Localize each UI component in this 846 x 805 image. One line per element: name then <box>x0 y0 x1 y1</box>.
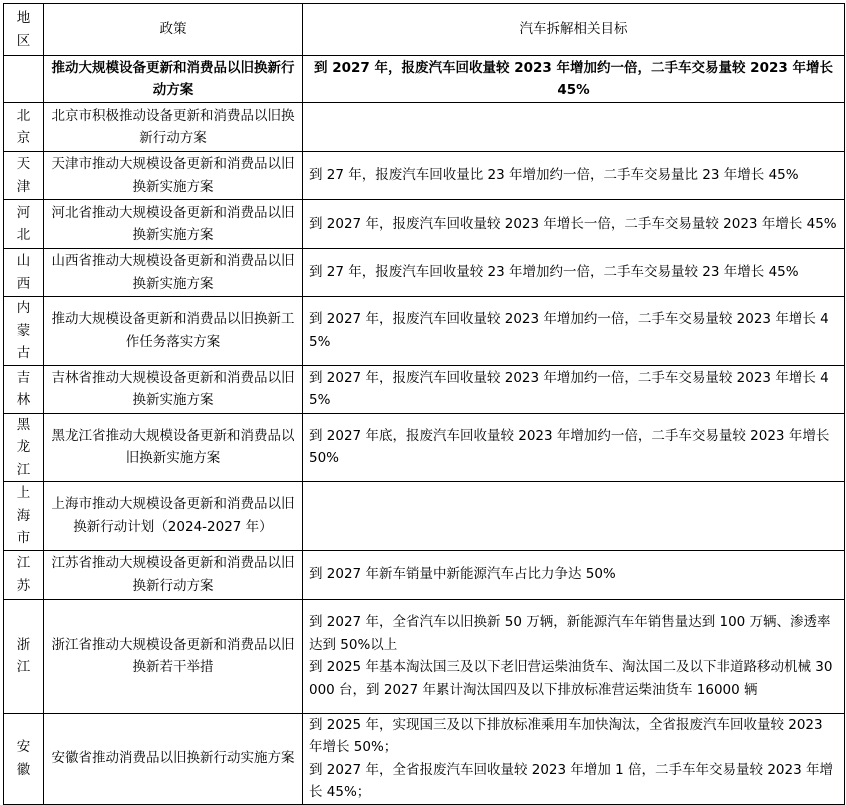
policy-cell: 北京市积极推动设备更新和消费品以旧换新行动方案 <box>44 103 303 152</box>
region-cell: 内蒙古 <box>4 297 44 366</box>
header-policy: 政策 <box>44 4 303 56</box>
region-char: 浙 <box>10 634 37 657</box>
table-row: 天津 天津市推动大规模设备更新和消费品以旧换新实施方案 到 27 年，报废汽车回… <box>4 152 845 200</box>
table-row: 安徽 安徽省推动消费品以旧换新行动实施方案 到 2025 年，实现国三及以下排放… <box>4 713 845 804</box>
region-cell: 吉林 <box>4 365 44 413</box>
region-char: 地 <box>10 7 37 30</box>
region-char: 北 <box>10 105 37 128</box>
header-region: 地区 <box>4 4 44 56</box>
target-cell: 到 2025 年，实现国三及以下排放标准乘用车加快淘汰，全省报废汽车回收量较 2… <box>303 713 845 804</box>
target-cell: 到 2027 年，报废汽车回收量较 2023 年增加约一倍，二手车交易量较 20… <box>303 365 845 413</box>
policy-cell: 黑龙江省推动大规模设备更新和消费品以旧换新实施方案 <box>44 413 303 482</box>
policy-cell: 推动大规模设备更新和消费品以旧换新工作任务落实方案 <box>44 297 303 366</box>
target-cell <box>303 482 845 551</box>
policy-cell: 浙江省推动大规模设备更新和消费品以旧换新若干举措 <box>44 599 303 713</box>
region-char: 龙 <box>10 436 37 459</box>
target-line: 到 2025 年基本淘汰国三及以下老旧营运柴油货车、淘汰国二及以下非道路移动机械… <box>309 656 838 701</box>
region-cell: 上海市 <box>4 482 44 551</box>
region-char: 津 <box>10 176 37 199</box>
table-row: 北京 北京市积极推动设备更新和消费品以旧换新行动方案 <box>4 103 845 152</box>
target-cell <box>303 103 845 152</box>
region-char: 安 <box>10 736 37 759</box>
target-line: 到 2027 年，全省报废汽车回收量较 2023 年增加 1 倍，二手车年交易量… <box>309 759 838 804</box>
region-char: 内 <box>10 297 37 320</box>
table-row: 河北 河北省推动大规模设备更新和消费品以旧换新实施方案 到 2027 年，报废汽… <box>4 200 845 249</box>
policy-cell: 山西省推动大规模设备更新和消费品以旧换新实施方案 <box>44 249 303 297</box>
policy-cell: 河北省推动大规模设备更新和消费品以旧换新实施方案 <box>44 200 303 249</box>
national-policy-cell: 推动大规模设备更新和消费品以旧换新行动方案 <box>44 56 303 103</box>
target-cell: 到 2027 年，报废汽车回收量较 2023 年增长一倍，二手车交易量较 202… <box>303 200 845 249</box>
region-char: 林 <box>10 389 37 412</box>
target-line: 到 2027 年，全省汽车以旧换新 50 万辆，新能源汽车年销售量达到 100 … <box>309 611 838 656</box>
target-cell: 到 2027 年新车销量中新能源汽车占比力争达 50% <box>303 550 845 599</box>
target-line: 到 2025 年，实现国三及以下排放标准乘用车加快淘汰，全省报废汽车回收量较 2… <box>309 714 838 759</box>
table-row: 山西 山西省推动大规模设备更新和消费品以旧换新实施方案 到 27 年，报废汽车回… <box>4 249 845 297</box>
header-target: 汽车拆解相关目标 <box>303 4 845 56</box>
region-char: 徽 <box>10 759 37 782</box>
region-cell: 北京 <box>4 103 44 152</box>
national-row: 推动大规模设备更新和消费品以旧换新行动方案 到 2027 年，报废汽车回收量较 … <box>4 56 845 103</box>
region-char: 上 <box>10 482 37 505</box>
policy-table: 地区 政策 汽车拆解相关目标 推动大规模设备更新和消费品以旧换新行动方案 到 2… <box>3 3 845 804</box>
table-row: 内蒙古 推动大规模设备更新和消费品以旧换新工作任务落实方案 到 2027 年，报… <box>4 297 845 366</box>
region-char: 京 <box>10 127 37 150</box>
table-row: 吉林 吉林省推动大规模设备更新和消费品以旧换新实施方案 到 2027 年，报废汽… <box>4 365 845 413</box>
target-cell: 到 2027 年，全省汽车以旧换新 50 万辆，新能源汽车年销售量达到 100 … <box>303 599 845 713</box>
region-char: 北 <box>10 224 37 247</box>
region-char: 苏 <box>10 575 37 598</box>
region-char: 蒙 <box>10 320 37 343</box>
region-char: 吉 <box>10 367 37 390</box>
region-char: 西 <box>10 273 37 296</box>
table-row: 江苏 江苏省推动大规模设备更新和消费品以旧换新行动方案 到 2027 年新车销量… <box>4 550 845 599</box>
region-char: 市 <box>10 527 37 550</box>
region-char: 区 <box>10 30 37 53</box>
target-cell: 到 2027 年底，报废汽车回收量较 2023 年增加约一倍，二手车交易量较 2… <box>303 413 845 482</box>
national-region-cell <box>4 56 44 103</box>
region-cell: 河北 <box>4 200 44 249</box>
region-char: 山 <box>10 250 37 273</box>
table-row: 上海市 上海市推动大规模设备更新和消费品以旧换新行动计划（2024-2027 年… <box>4 482 845 551</box>
target-cell: 到 27 年，报废汽车回收量比 23 年增加约一倍，二手车交易量比 23 年增长… <box>303 152 845 200</box>
header-row: 地区 政策 汽车拆解相关目标 <box>4 4 845 56</box>
region-char: 天 <box>10 153 37 176</box>
national-target-cell: 到 2027 年，报废汽车回收量较 2023 年增加约一倍，二手车交易量较 20… <box>303 56 845 103</box>
target-cell: 到 27 年，报废汽车回收量较 23 年增加约一倍，二手车交易量较 23 年增长… <box>303 249 845 297</box>
region-cell: 天津 <box>4 152 44 200</box>
region-cell: 山西 <box>4 249 44 297</box>
policy-cell: 上海市推动大规模设备更新和消费品以旧换新行动计划（2024-2027 年） <box>44 482 303 551</box>
region-char: 海 <box>10 505 37 528</box>
policy-cell: 吉林省推动大规模设备更新和消费品以旧换新实施方案 <box>44 365 303 413</box>
region-cell: 江苏 <box>4 550 44 599</box>
table-row: 黑龙江 黑龙江省推动大规模设备更新和消费品以旧换新实施方案 到 2027 年底，… <box>4 413 845 482</box>
table-row: 浙江 浙江省推动大规模设备更新和消费品以旧换新若干举措 到 2027 年，全省汽… <box>4 599 845 713</box>
region-char: 黑 <box>10 414 37 437</box>
policy-cell: 安徽省推动消费品以旧换新行动实施方案 <box>44 713 303 804</box>
region-char: 江 <box>10 552 37 575</box>
region-char: 江 <box>10 656 37 679</box>
region-char: 江 <box>10 459 37 482</box>
policy-cell: 天津市推动大规模设备更新和消费品以旧换新实施方案 <box>44 152 303 200</box>
target-cell: 到 2027 年，报废汽车回收量较 2023 年增加约一倍，二手车交易量较 20… <box>303 297 845 366</box>
region-cell: 黑龙江 <box>4 413 44 482</box>
region-cell: 浙江 <box>4 599 44 713</box>
region-char: 古 <box>10 342 37 365</box>
region-cell: 安徽 <box>4 713 44 804</box>
region-char: 河 <box>10 202 37 225</box>
policy-cell: 江苏省推动大规模设备更新和消费品以旧换新行动方案 <box>44 550 303 599</box>
